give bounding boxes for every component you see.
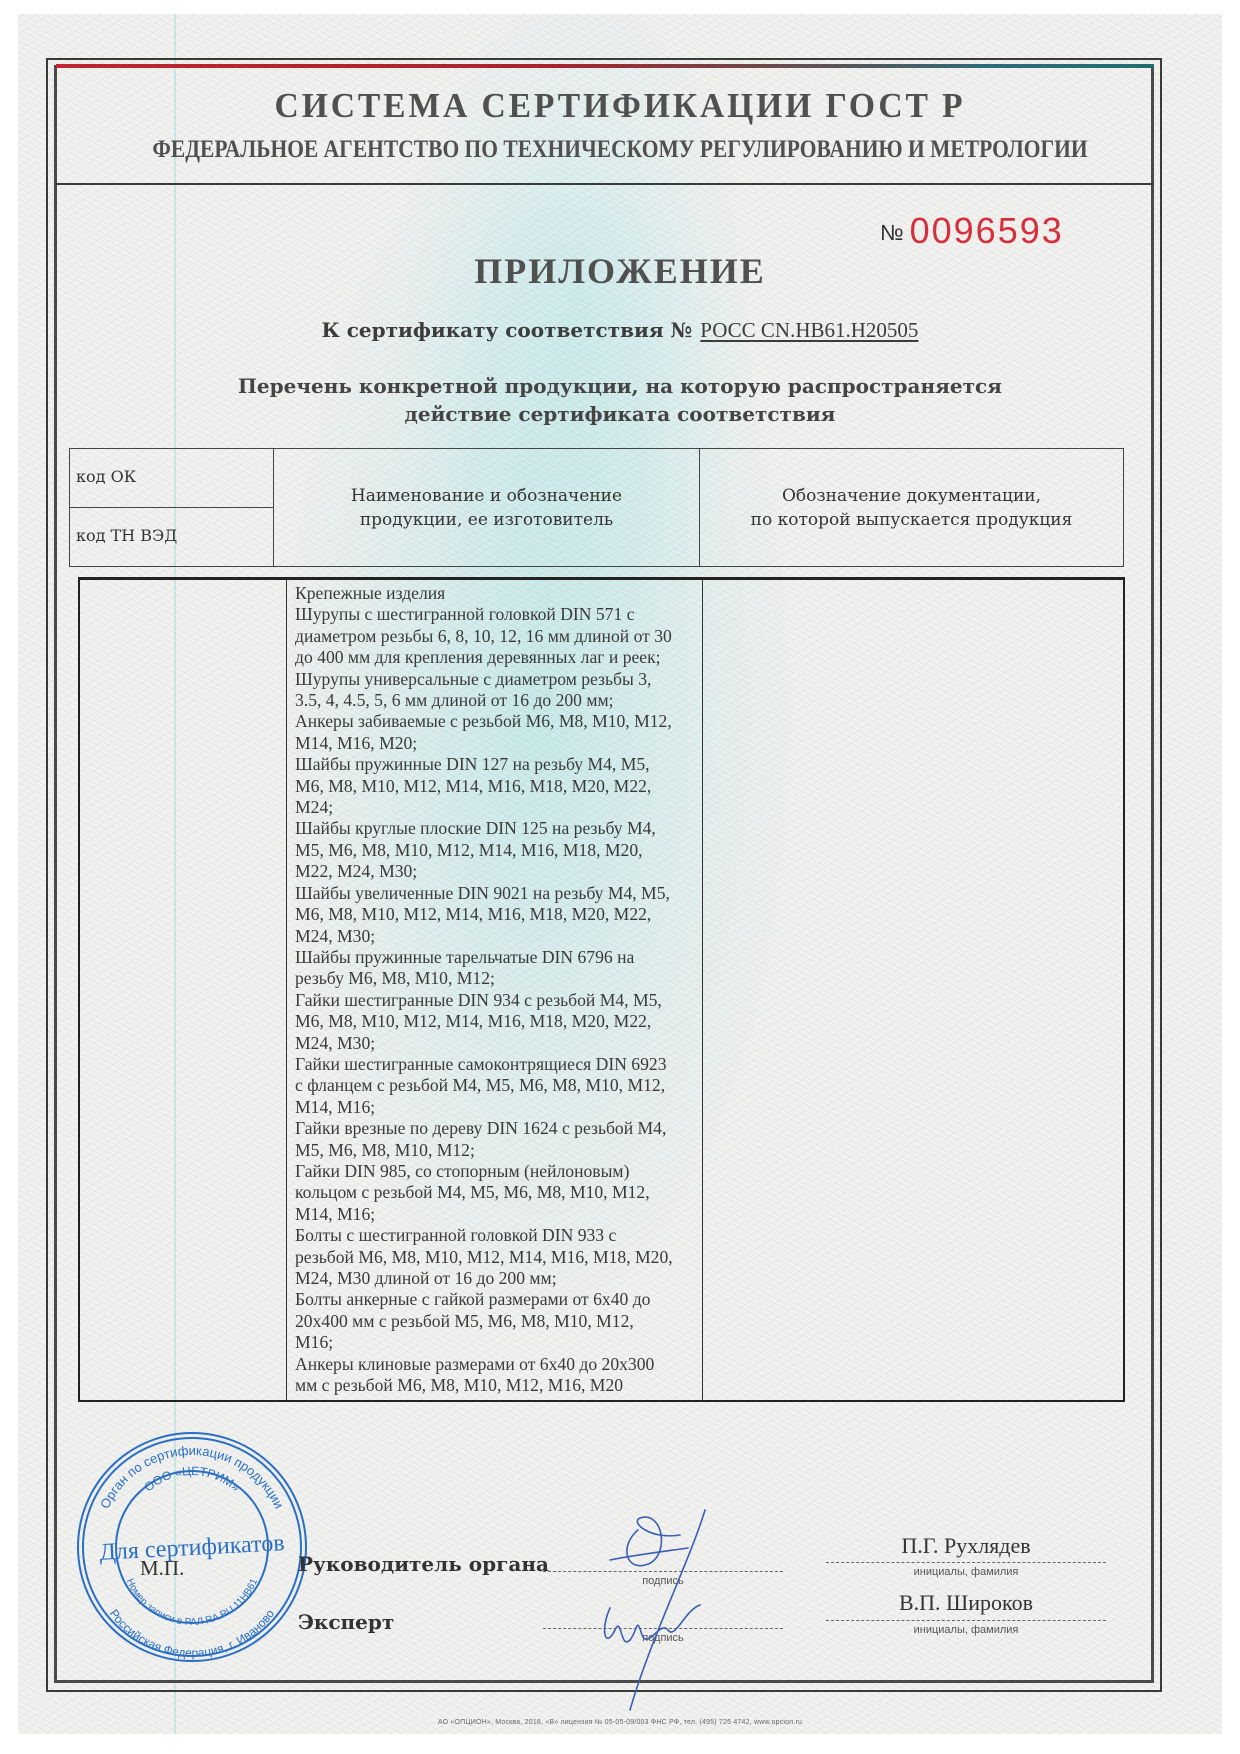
product-line: 3.5, 4, 4.5, 5, 6 мм длиной от 16 до 200…: [295, 690, 698, 711]
header-code-ok: код ОК: [76, 467, 136, 486]
header-divider: [56, 183, 1154, 185]
product-line: Шайбы круглые плоские DIN 125 на резьбу …: [295, 818, 698, 839]
svg-text:Российская Федерация, г. Ивано: Российская Федерация, г. Иваново: [107, 1606, 278, 1660]
product-line: Крепежные изделия: [295, 583, 698, 604]
table-row: Крепежные изделияШурупы с шестигранной г…: [78, 577, 1125, 1402]
product-line: резьбу М6, М8, М10, М12;: [295, 968, 698, 989]
table-header: код ОК код ТН ВЭД Наименование и обознач…: [69, 448, 1124, 567]
row-documentation-cell: [704, 580, 1123, 1400]
header-product-line1: Наименование и обозначение: [351, 484, 622, 508]
form-number-prefix: №: [880, 220, 904, 245]
row-product-cell: Крепежные изделияШурупы с шестигранной г…: [287, 580, 703, 1400]
name-line-head: [826, 1562, 1106, 1564]
product-line: М14, М16;: [295, 1097, 698, 1118]
product-line: диаметром резьбы 6, 8, 10, 12, 16 мм дли…: [295, 626, 698, 647]
stamp-inner-bottom-text: Номер записи в РАЛ RA.RU.11НВ61: [124, 1577, 260, 1628]
product-line: Анкеры клиновые размерами от 6x40 до 20x…: [295, 1354, 698, 1375]
product-line: Шайбы увеличенные DIN 9021 на резьбу М4,…: [295, 883, 698, 904]
product-line: кольцом с резьбой М4, М5, М6, М8, М10, М…: [295, 1182, 698, 1203]
signer-name-expert: В.П. Широков: [826, 1590, 1106, 1616]
product-line: резьбой М6, М8, М10, М12, М14, М16, М18,…: [295, 1247, 698, 1268]
header-codes-column: код ОК код ТН ВЭД: [70, 449, 274, 566]
product-line: М24, М30;: [295, 926, 698, 947]
system-title: СИСТЕМА СЕРТИФИКАЦИИ ГОСТ Р: [25, 86, 1215, 126]
handwritten-signature: [590, 1490, 730, 1720]
product-line: Шайбы пружинные DIN 127 на резьбу М4, М5…: [295, 754, 698, 775]
product-line: М16;: [295, 1332, 698, 1353]
product-line: 20x400 мм с резьбой М5, М6, М8, М10, М12…: [295, 1311, 698, 1332]
header-codes-divider: [70, 507, 273, 508]
product-line: М24, М30;: [295, 1033, 698, 1054]
product-line: М6, М8, М10, М12, М14, М16, М18, М20, М2…: [295, 1011, 698, 1032]
product-line: Шайбы пружинные тарельчатые DIN 6796 на: [295, 947, 698, 968]
stamp-org-text: ООО «ЦЕТРИМ»: [141, 1464, 242, 1495]
frame-color-band: [56, 64, 1154, 68]
certificate-reference: К сертификату соответствия №РОСС CN.НВ61…: [0, 318, 1240, 343]
printer-footer: АО «ОПЦИОН», Москва, 2018, «В» лицензия …: [0, 1719, 1240, 1726]
header-product-column: Наименование и обозначение продукции, ее…: [274, 449, 700, 566]
name-caption-expert: инициалы, фамилия: [826, 1624, 1106, 1636]
product-line: Болты с шестигранной головкой DIN 933 с: [295, 1225, 698, 1246]
certificate-label: К сертификату соответствия №: [322, 318, 693, 342]
product-line: М6, М8, М10, М12, М14, М16, М18, М20, М2…: [295, 776, 698, 797]
product-line: с фланцем с резьбой М4, М5, М6, М8, М10,…: [295, 1075, 698, 1096]
product-line: Гайки шестигранные DIN 934 с резьбой М4,…: [295, 990, 698, 1011]
product-line: Шурупы с шестигранной головкой DIN 571 с: [295, 604, 698, 625]
certification-stamp: Орган по сертификации продукции ООО «ЦЕТ…: [72, 1427, 312, 1667]
signer-name-head: П.Г. Рухлядев: [826, 1533, 1106, 1559]
header-documentation-column: Обозначение документации, по которой вып…: [700, 449, 1123, 566]
product-line: М14, М16, М20;: [295, 733, 698, 754]
signer-role-head: Руководитель органа: [298, 1552, 549, 1576]
product-line: Анкеры забиваемые с резьбой М6, М8, М10,…: [295, 711, 698, 732]
document-title: ПРИЛОЖЕНИЕ: [0, 250, 1240, 292]
row-codes-cell: [80, 580, 287, 1400]
name-line-expert: [826, 1620, 1106, 1622]
product-line: Шурупы универсальные с диаметром резьбы …: [295, 669, 698, 690]
form-number: №0096593: [880, 210, 1064, 252]
header-code-tnved: код ТН ВЭД: [76, 526, 177, 545]
stamp-center-text: Для сертификатов: [99, 1530, 285, 1566]
header-docs-line1: Обозначение документации,: [751, 484, 1073, 508]
header-docs-line2: по которой выпускается продукция: [751, 508, 1073, 532]
product-line: мм с резьбой М6, М8, М10, М12, М16, М20: [295, 1375, 698, 1396]
stamp-bottom-text: Российская Федерация, г. Иваново: [107, 1606, 278, 1660]
product-line: М24, М30 длиной от 16 до 200 мм;: [295, 1268, 698, 1289]
product-line: М24;: [295, 797, 698, 818]
signer-role-expert: Эксперт: [298, 1610, 394, 1634]
product-line: М5, М6, М8, М10, М12;: [295, 1140, 698, 1161]
product-line: М6, М8, М10, М12, М14, М16, М18, М20, М2…: [295, 904, 698, 925]
product-line: М22, М24, М30;: [295, 861, 698, 882]
certificate-number: РОСС CN.НВ61.Н20505: [700, 318, 918, 342]
product-line: Болты анкерные с гайкой размерами от 6x4…: [295, 1289, 698, 1310]
product-line: Гайки врезные по дереву DIN 1624 с резьб…: [295, 1118, 698, 1139]
svg-text:ООО «ЦЕТРИМ»: ООО «ЦЕТРИМ»: [141, 1464, 242, 1495]
list-title-line2: действие сертификата соответствия: [0, 400, 1240, 428]
list-title: Перечень конкретной продукции, на котору…: [0, 372, 1240, 428]
product-line: Гайки шестигранные самоконтрящиеся DIN 6…: [295, 1054, 698, 1075]
product-line: М14, М16;: [295, 1204, 698, 1225]
product-line: М5, М6, М8, М10, М12, М14, М16, М18, М20…: [295, 840, 698, 861]
agency-title: ФЕДЕРАЛЬНОЕ АГЕНТСТВО ПО ТЕХНИЧЕСКОМУ РЕ…: [87, 136, 1153, 164]
product-line: Гайки DIN 985, со стопорным (нейлоновым): [295, 1161, 698, 1182]
header-product-line2: продукции, ее изготовитель: [351, 508, 622, 532]
form-number-value: 0096593: [910, 210, 1064, 251]
product-line: до 400 мм для крепления деревянных лаг и…: [295, 647, 698, 668]
list-title-line1: Перечень конкретной продукции, на котору…: [0, 372, 1240, 400]
svg-text:Номер записи в РАЛ RA.RU.11НВ6: Номер записи в РАЛ RA.RU.11НВ61: [124, 1577, 260, 1628]
name-caption-head: инициалы, фамилия: [826, 1566, 1106, 1578]
seal-place-label: М.П.: [140, 1556, 184, 1581]
